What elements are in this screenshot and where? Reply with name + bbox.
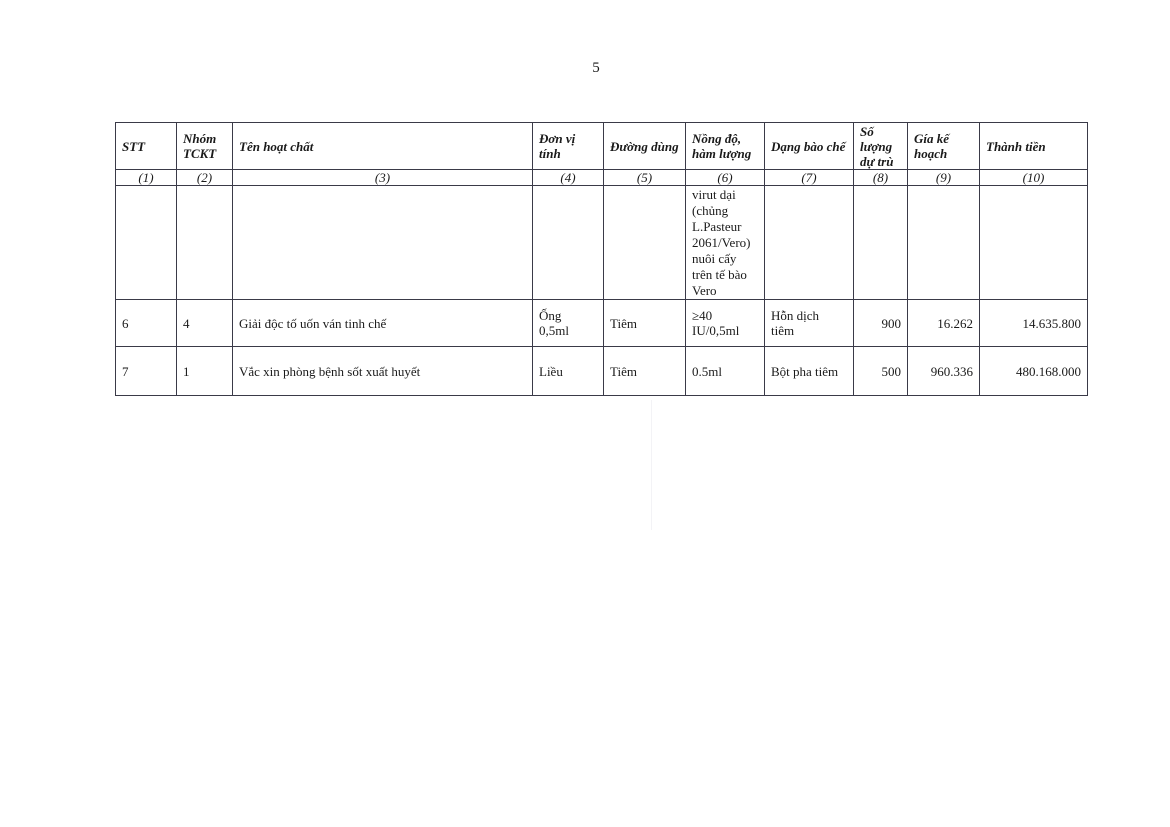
unit-cell: Liều	[533, 347, 604, 396]
header-unit: Đơn vị tính	[533, 123, 604, 170]
total-cell: 480.168.000	[980, 347, 1088, 396]
quantity-cell: 900	[854, 300, 908, 347]
header-concentration: Nồng độ, hàm lượng	[686, 123, 765, 170]
column-number: (6)	[686, 170, 765, 186]
header-form: Dạng bào chế	[765, 123, 854, 170]
header-name: Tên hoạt chất	[233, 123, 533, 170]
unit-cell: Ống0,5ml	[533, 300, 604, 347]
table-row: 6 4 Giải độc tố uốn ván tinh chế Ống0,5m…	[116, 300, 1088, 347]
route-cell: Tiêm	[604, 300, 686, 347]
column-number-row: (1) (2) (3) (4) (5) (6) (7) (8) (9) (10)	[116, 170, 1088, 186]
header-plan-price: Gía kế hoạch	[908, 123, 980, 170]
header-route: Đường dùng	[604, 123, 686, 170]
stt-cell: 6	[116, 300, 177, 347]
form-cell: Bột pha tiêm	[765, 347, 854, 396]
column-number: (2)	[177, 170, 233, 186]
column-number: (8)	[854, 170, 908, 186]
column-number: (4)	[533, 170, 604, 186]
stt-cell: 7	[116, 347, 177, 396]
column-number: (3)	[233, 170, 533, 186]
form-cell: Hỗn dịchtiêm	[765, 300, 854, 347]
header-total: Thành tiền	[980, 123, 1088, 170]
concentration-cell: virut dại (chủng L.Pasteur 2061/Vero) nu…	[686, 186, 765, 300]
column-number: (10)	[980, 170, 1088, 186]
header-quantity: Số lượng dự trù	[854, 123, 908, 170]
name-cell: Giải độc tố uốn ván tinh chế	[233, 300, 533, 347]
drug-plan-table: STT Nhóm TCKT Tên hoạt chất Đơn vị tính …	[115, 122, 1088, 396]
name-cell: Vắc xin phòng bệnh sốt xuất huyết	[233, 347, 533, 396]
total-cell: 14.635.800	[980, 300, 1088, 347]
quantity-cell: 500	[854, 347, 908, 396]
plan-price-cell: 960.336	[908, 347, 980, 396]
concentration-cell: 0.5ml	[686, 347, 765, 396]
column-number: (9)	[908, 170, 980, 186]
table-row: 7 1 Vắc xin phòng bệnh sốt xuất huyết Li…	[116, 347, 1088, 396]
column-number: (1)	[116, 170, 177, 186]
group-cell: 1	[177, 347, 233, 396]
column-number: (7)	[765, 170, 854, 186]
concentration-cell: ≥40IU/0,5ml	[686, 300, 765, 347]
scan-artifact	[651, 400, 652, 530]
column-number: (5)	[604, 170, 686, 186]
group-cell: 4	[177, 300, 233, 347]
header-row: STT Nhóm TCKT Tên hoạt chất Đơn vị tính …	[116, 123, 1088, 170]
page-number: 5	[0, 60, 1170, 77]
header-group: Nhóm TCKT	[177, 123, 233, 170]
route-cell: Tiêm	[604, 347, 686, 396]
header-stt: STT	[116, 123, 177, 170]
plan-price-cell: 16.262	[908, 300, 980, 347]
continuation-row: virut dại (chủng L.Pasteur 2061/Vero) nu…	[116, 186, 1088, 300]
